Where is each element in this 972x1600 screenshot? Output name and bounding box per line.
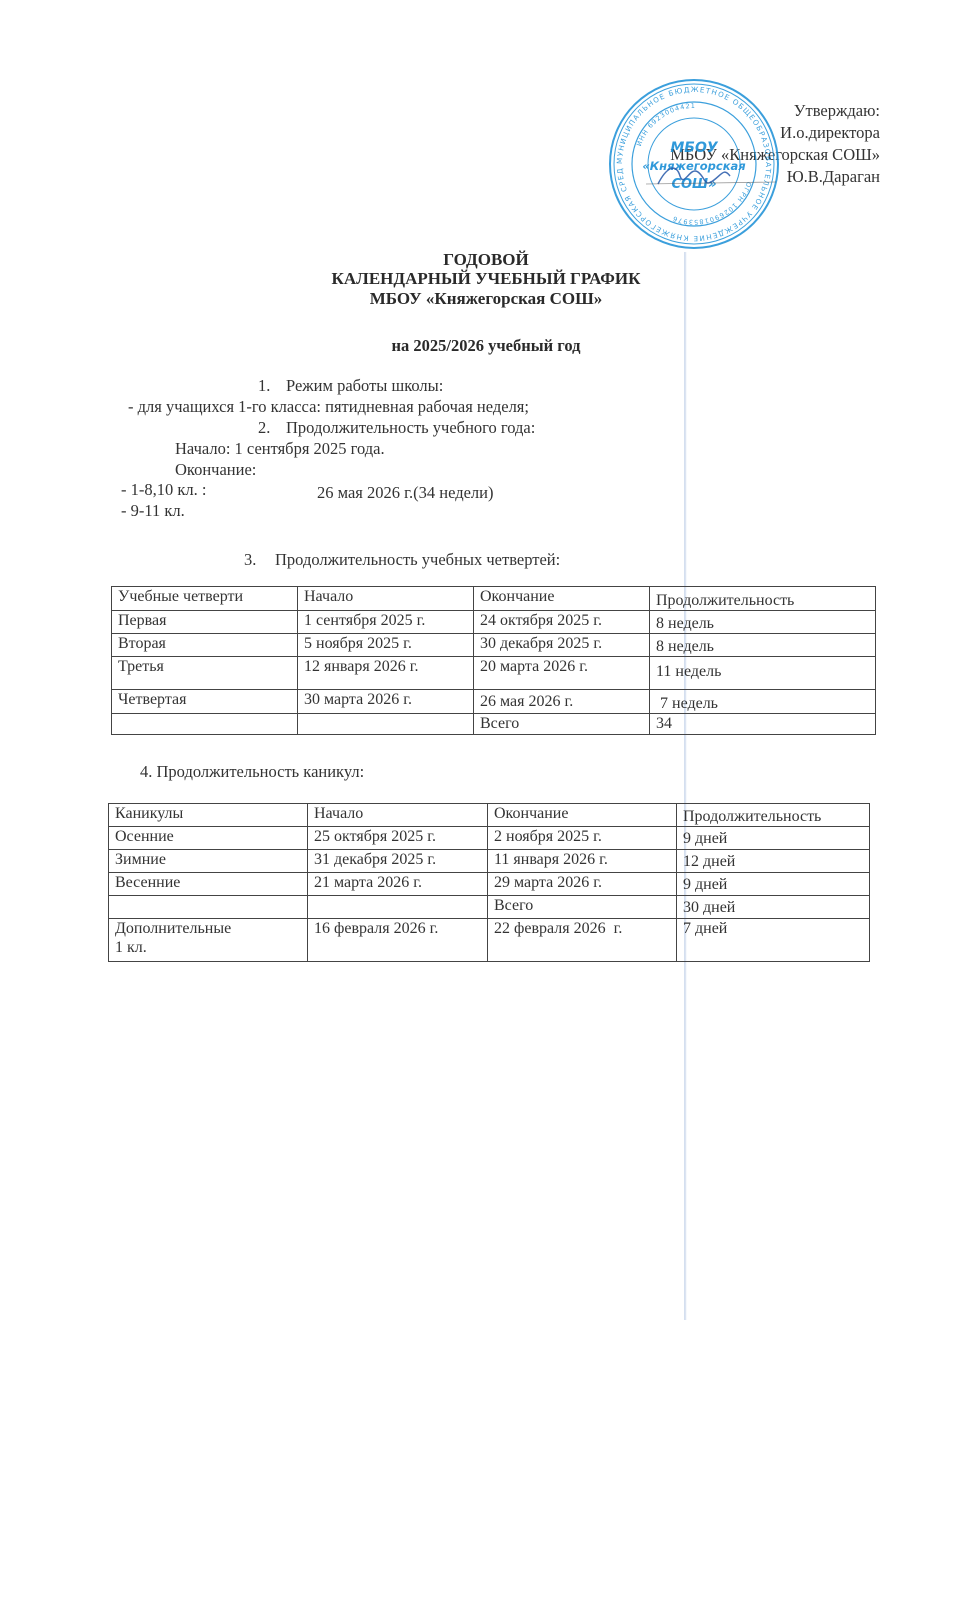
section4-heading: 4. Продолжительность каникул:	[140, 762, 364, 782]
total-value: 30 дней	[677, 896, 870, 919]
table-cell: 26 мая 2026 г.	[474, 690, 650, 714]
header-cell: Начало	[298, 587, 474, 611]
table-cell: 7 дней	[677, 919, 870, 962]
table-cell: 31 декабря 2025 г.	[308, 850, 488, 873]
header-cell: Продолжительность	[677, 804, 870, 827]
doc-title-school: МБОУ «Княжегорская СОШ»	[0, 289, 972, 309]
table-cell: 7 недель	[650, 690, 876, 714]
official-seal-stamp-icon: МУНИЦИПАЛЬНОЕ БЮДЖЕТНОЕ ОБЩЕОБРАЗОВАТЕЛЬ…	[606, 76, 782, 252]
table-total-row: Всего 30 дней	[109, 896, 870, 919]
section1-heading: Режим работы школы:	[286, 376, 443, 396]
section2-end-date: 26 мая 2026 г.(34 недели)	[317, 483, 493, 503]
table-cell: 24 октября 2025 г.	[474, 611, 650, 634]
table-cell: 25 октября 2025 г.	[308, 827, 488, 850]
table-cell: Весенние	[109, 873, 308, 896]
table-cell: 20 марта 2026 г.	[474, 657, 650, 690]
table-cell: 12 января 2026 г.	[298, 657, 474, 690]
table-cell: Третья	[112, 657, 298, 690]
table-cell: Дополнительные 1 кл.	[109, 919, 308, 962]
table-row: Вторая 5 ноября 2025 г. 30 декабря 2025 …	[112, 634, 876, 657]
stamp-center-3: СОШ»	[671, 177, 716, 192]
table-cell: 11 января 2026 г.	[488, 850, 677, 873]
doc-title-line2: КАЛЕНДАРНЫЙ УЧЕБНЫЙ ГРАФИК	[0, 269, 972, 289]
section3-number: 3.	[244, 550, 256, 570]
section2-end-label: Окончание:	[175, 460, 256, 480]
table-cell: 8 недель	[650, 634, 876, 657]
section2-end-group2: - 9-11 кл.	[121, 501, 185, 521]
doc-title-line1: ГОДОВОЙ	[0, 250, 972, 270]
total-label: Всего	[474, 714, 650, 735]
section2-number: 2.	[258, 418, 270, 438]
section1-item: - для учащихся 1-го класса: пятидневная …	[128, 397, 529, 417]
table-cell: 21 марта 2026 г.	[308, 873, 488, 896]
table-cell	[112, 714, 298, 735]
table-row: Третья 12 января 2026 г. 20 марта 2026 г…	[112, 657, 876, 690]
table-row: Дополнительные 1 кл. 16 февраля 2026 г. …	[109, 919, 870, 962]
table-cell: Четвертая	[112, 690, 298, 714]
table-cell: 22 февраля 2026 г.	[488, 919, 677, 962]
table-cell	[298, 714, 474, 735]
total-value: 34	[650, 714, 876, 735]
table-cell: Осенние	[109, 827, 308, 850]
table-cell: 9 дней	[677, 827, 870, 850]
table-row: Весенние 21 марта 2026 г. 29 марта 2026 …	[109, 873, 870, 896]
table-header-row: Каникулы Начало Окончание Продолжительно…	[109, 804, 870, 827]
total-label: Всего	[488, 896, 677, 919]
section1-number: 1.	[258, 376, 270, 396]
header-cell: Окончание	[488, 804, 677, 827]
table-cell: 11 недель	[650, 657, 876, 690]
table-cell: 1 сентября 2025 г.	[298, 611, 474, 634]
table-cell: 30 марта 2026 г.	[298, 690, 474, 714]
table-cell: 8 недель	[650, 611, 876, 634]
table-total-row: Всего 34	[112, 714, 876, 735]
section2-heading: Продолжительность учебного года:	[286, 418, 535, 438]
table-cell: 16 февраля 2026 г.	[308, 919, 488, 962]
table-cell: Первая	[112, 611, 298, 634]
doc-title-year: на 2025/2026 учебный год	[0, 336, 972, 356]
section2-end-group1: - 1-8,10 кл. :	[121, 480, 206, 500]
table-cell	[109, 896, 308, 919]
table-row: Осенние 25 октября 2025 г. 2 ноября 2025…	[109, 827, 870, 850]
table-cell: 29 марта 2026 г.	[488, 873, 677, 896]
table-row: Четвертая 30 марта 2026 г. 26 мая 2026 г…	[112, 690, 876, 714]
table-row: Зимние 31 декабря 2025 г. 11 января 2026…	[109, 850, 870, 873]
table-cell: 30 декабря 2025 г.	[474, 634, 650, 657]
header-cell: Продолжительность	[650, 587, 876, 611]
header-cell: Каникулы	[109, 804, 308, 827]
header-cell: Учебные четверти	[112, 587, 298, 611]
section2-start: Начало: 1 сентября 2025 года.	[175, 439, 385, 459]
table-row: Первая 1 сентября 2025 г. 24 октября 202…	[112, 611, 876, 634]
header-cell: Начало	[308, 804, 488, 827]
table-cell	[308, 896, 488, 919]
table-cell: 12 дней	[677, 850, 870, 873]
holidays-table: Каникулы Начало Окончание Продолжительно…	[108, 803, 870, 962]
section3-heading: Продолжительность учебных четвертей:	[275, 550, 560, 570]
stamp-center-1: МБОУ	[670, 140, 719, 156]
table-cell: 5 ноября 2025 г.	[298, 634, 474, 657]
quarters-table: Учебные четверти Начало Окончание Продол…	[111, 586, 876, 735]
table-cell: 2 ноября 2025 г.	[488, 827, 677, 850]
header-cell: Окончание	[474, 587, 650, 611]
table-cell: 9 дней	[677, 873, 870, 896]
table-header-row: Учебные четверти Начало Окончание Продол…	[112, 587, 876, 611]
table-cell: Зимние	[109, 850, 308, 873]
scan-fold-line	[684, 252, 687, 1320]
table-cell: Вторая	[112, 634, 298, 657]
